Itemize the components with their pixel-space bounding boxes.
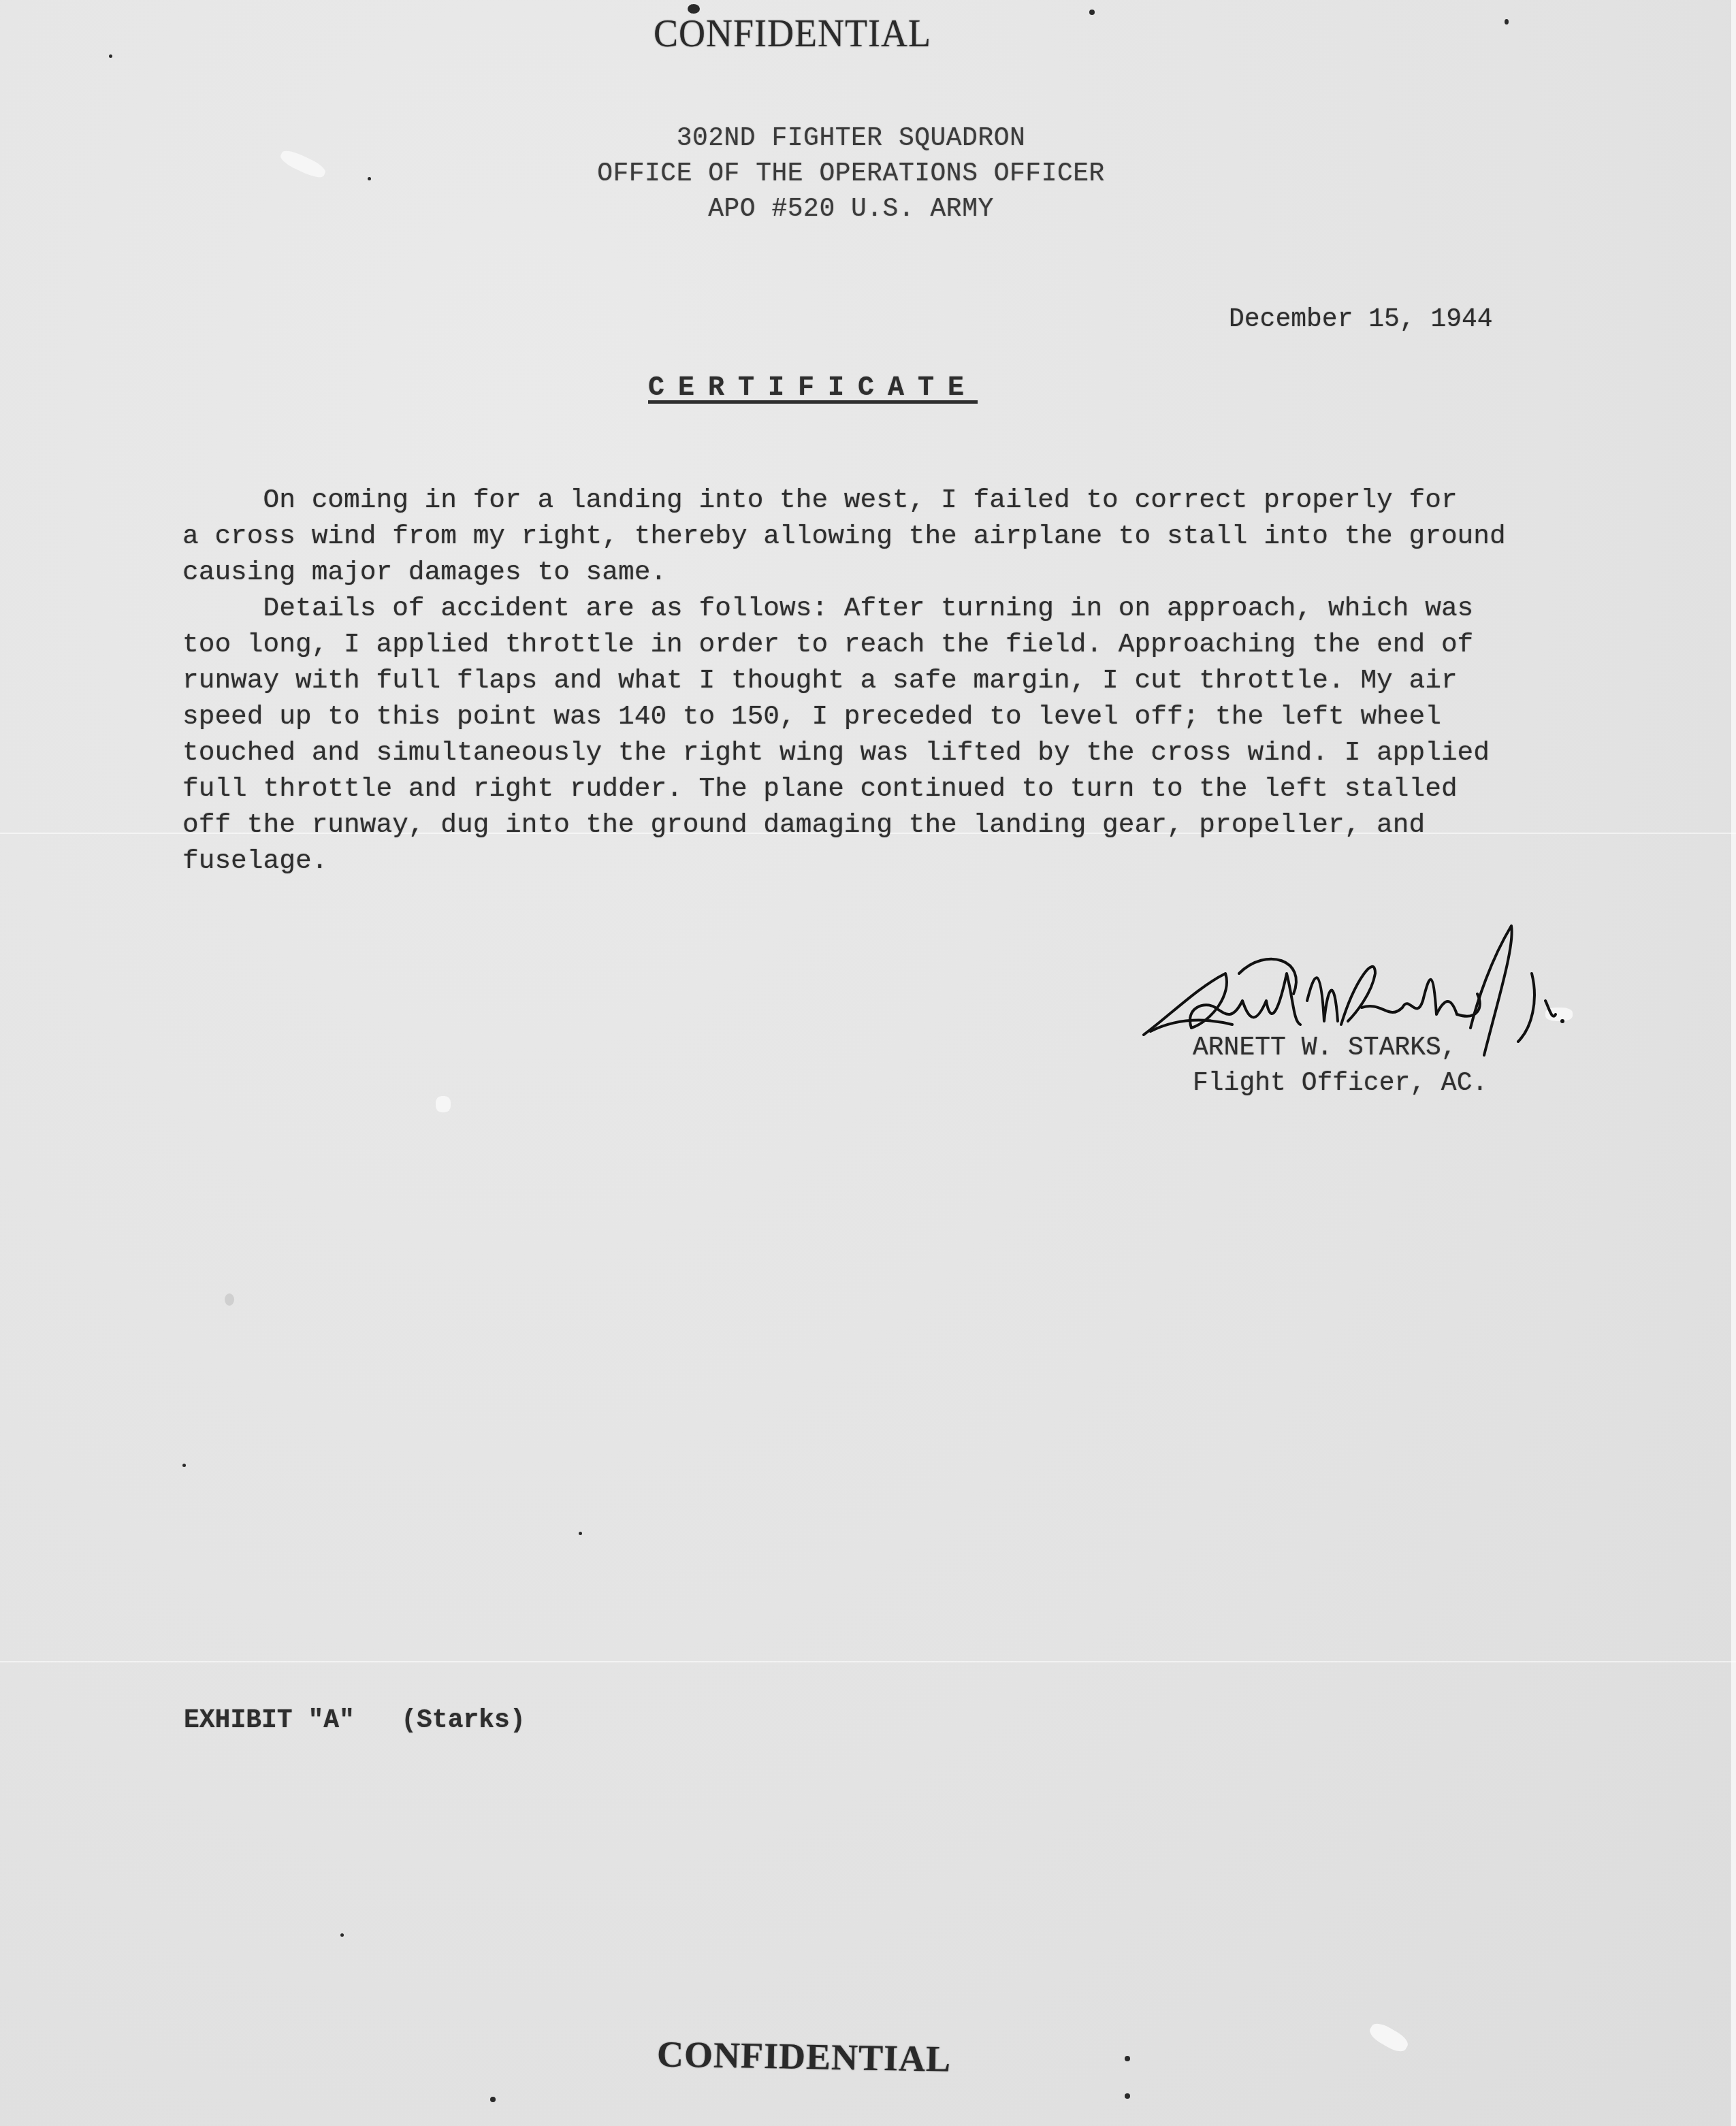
- letterhead-office: OFFICE OF THE OPERATIONS OFFICER: [545, 157, 1157, 192]
- statement-line: Details of accident are as follows: Afte…: [182, 590, 1694, 626]
- scratch: [436, 1096, 451, 1112]
- ink-speck: [1089, 10, 1095, 15]
- document-title: CERTIFICATE: [648, 373, 978, 404]
- smudge: [225, 1293, 234, 1306]
- statement-line: speed up to this point was 140 to 150, I…: [182, 698, 1694, 735]
- classification-stamp-top: CONFIDENTIAL: [654, 11, 931, 55]
- ink-speck: [1505, 19, 1509, 25]
- exhibit-label: EXHIBIT "A" (Starks): [184, 1706, 526, 1735]
- letterhead-address: APO #520 U.S. ARMY: [545, 192, 1157, 227]
- scratch: [278, 147, 328, 181]
- exhibit-subject: (Starks): [401, 1706, 525, 1735]
- ink-speck: [368, 177, 371, 180]
- ink-speck: [1125, 2056, 1130, 2061]
- ink-speck: [340, 1933, 344, 1937]
- statement-line: touched and simultaneously the right win…: [182, 735, 1694, 771]
- ink-speck: [109, 54, 112, 58]
- page-edge: [1730, 0, 1736, 2126]
- letterhead: 302ND FIGHTER SQUADRON OFFICE OF THE OPE…: [545, 121, 1157, 227]
- signer-name: ARNETT W. STARKS,: [1193, 1033, 1457, 1063]
- document-date: December 15, 1944: [1229, 305, 1493, 334]
- signer-title: Flight Officer, AC.: [1193, 1069, 1488, 1098]
- statement-line: too long, I applied throttle in order to…: [182, 626, 1694, 662]
- statement-line: off the runway, dug into the ground dama…: [182, 807, 1694, 843]
- classification-stamp-bottom: CONFIDENTIAL: [656, 2033, 951, 2080]
- statement-body: On coming in for a landing into the west…: [182, 482, 1694, 879]
- statement-line: causing major damages to same.: [182, 554, 1694, 590]
- statement-line: fuselage.: [182, 843, 1694, 879]
- fold-line: [0, 1661, 1736, 1662]
- exhibit-id: EXHIBIT "A": [184, 1706, 355, 1735]
- ink-speck: [182, 1464, 186, 1467]
- document-page: CONFIDENTIAL 302ND FIGHTER SQUADRON OFFI…: [0, 0, 1736, 2126]
- statement-line: a cross wind from my right, thereby allo…: [182, 518, 1694, 554]
- statement-line: On coming in for a landing into the west…: [182, 482, 1694, 518]
- letterhead-unit: 302ND FIGHTER SQUADRON: [545, 121, 1157, 157]
- ink-speck: [579, 1532, 582, 1535]
- statement-line: runway with full flaps and what I though…: [182, 662, 1694, 698]
- ink-speck: [1125, 2093, 1130, 2099]
- scratch: [1367, 2020, 1411, 2056]
- signature-block: ARNETT W. STARKS, Flight Officer, AC.: [1130, 919, 1675, 1110]
- ink-speck: [490, 2097, 496, 2102]
- statement-line: full throttle and right rudder. The plan…: [182, 771, 1694, 807]
